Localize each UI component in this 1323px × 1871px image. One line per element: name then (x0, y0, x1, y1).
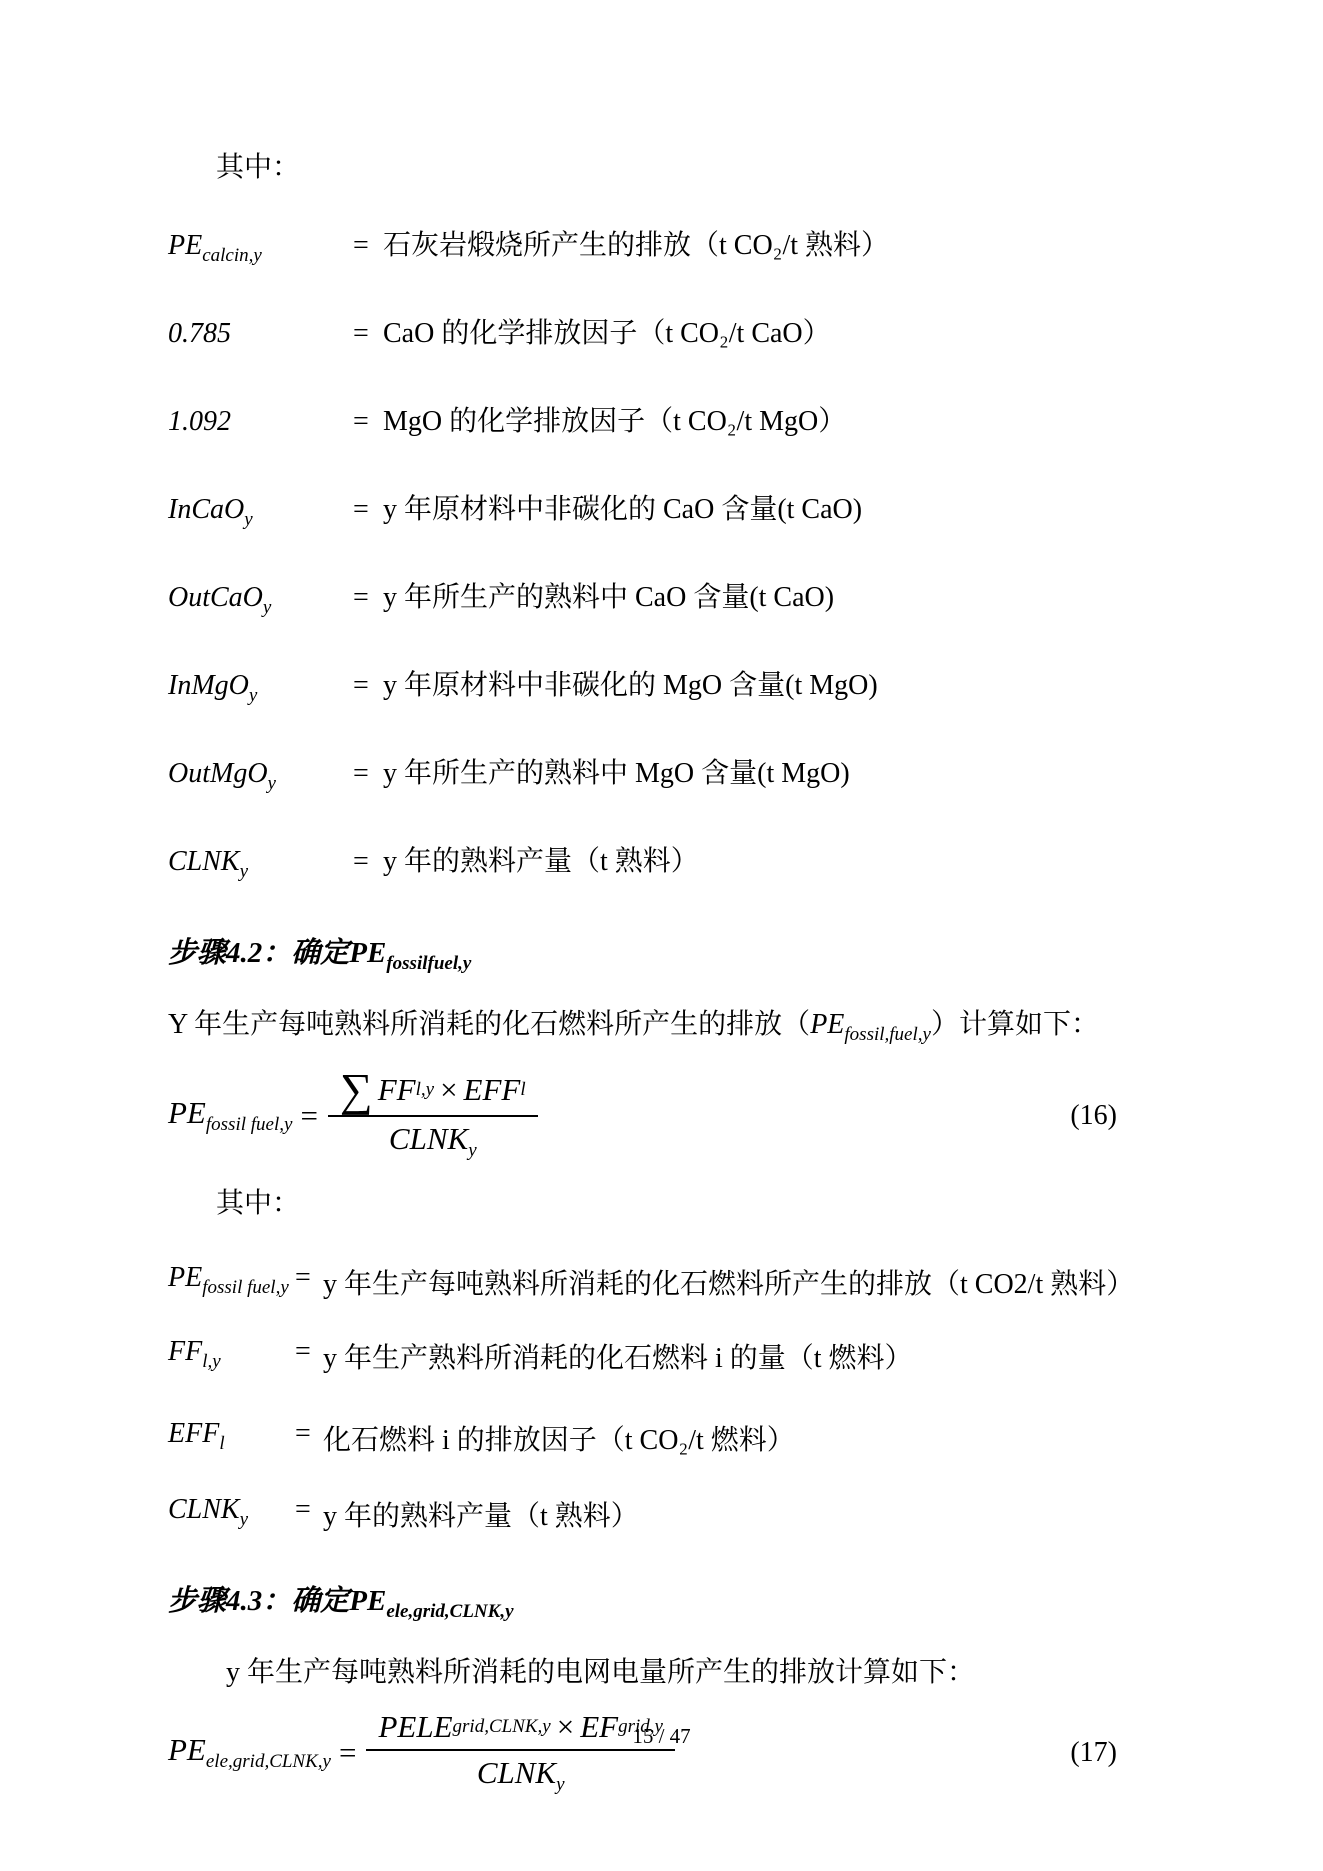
variable-term: PEfossil fuel,y (168, 1262, 295, 1304)
document-page: 其中： PEcalcin,y = 石灰岩煅烧所产生的排放（t CO₂/t 熟料）… (0, 152, 1323, 1796)
definition-row-inmgo: InMgOy = y 年原材料中非碳化的 MgO 含量(t MgO) (168, 670, 1163, 712)
variable-term: FFl,y (168, 1336, 295, 1378)
variable-description: 石灰岩煅烧所产生的排放（t CO₂/t 熟料） (383, 230, 1163, 262)
variable-description: y 年原材料中非碳化的 CaO 含量(t CaO) (383, 494, 1163, 526)
variable-description: y 年生产熟料所消耗的化石燃料 i 的量（t 燃料） (323, 1336, 1163, 1382)
equals-sign: = (353, 582, 383, 614)
variable-term: EFFl (168, 1418, 295, 1460)
equation-16-lhs: PEfossil fuel,y (168, 1095, 292, 1136)
page-number: 15 / 47 (0, 1724, 1323, 1748)
variable-description: y 年的熟料产量（t 熟料） (323, 1494, 1163, 1540)
equation-16-denominator: CLNKy (389, 1117, 477, 1162)
variable-term: 0.785 (168, 318, 353, 360)
definition-row-0785: 0.785 = CaO 的化学排放因子（t CO₂/t CaO） (168, 318, 1163, 360)
equation-17-denominator: CLNKy (477, 1751, 565, 1796)
variable-term: InCaOy (168, 494, 353, 536)
variable-description: y 年所生产的熟料中 CaO 含量(t CaO) (383, 582, 1163, 614)
equals-sign: = (353, 758, 383, 790)
definition-row-clnk-2: CLNKy = y 年的熟料产量（t 熟料） (168, 1494, 1163, 1540)
where-label-2: 其中： (168, 1188, 1163, 1220)
multiplication-sign: × (440, 1072, 457, 1108)
definition-row-1092: 1.092 = MgO 的化学排放因子（t CO₂/t MgO） (168, 406, 1163, 448)
equals-sign: = (353, 318, 383, 350)
equals-sign: = (353, 494, 383, 526)
variable-description: y 年的熟料产量（t 熟料） (383, 846, 1163, 878)
equals-sign: = (353, 406, 383, 438)
variable-term: OutCaOy (168, 582, 353, 624)
equation-17-fraction: PELEgrid,CLNK,y × EFgrid,y CLNKy (366, 1709, 674, 1796)
step-4-2-intro: Y 年生产每吨熟料所消耗的化石燃料所产生的排放（PEfossil,fuel,y）… (168, 1007, 1163, 1053)
equals-sign: = (353, 230, 383, 262)
step-4-3-heading: 步骤4.3：确定PEele,grid,CLNK,y (168, 1584, 1163, 1629)
definition-row-incao: InCaOy = y 年原材料中非碳化的 CaO 含量(t CaO) (168, 494, 1163, 536)
equals-sign: = (295, 1262, 323, 1294)
variable-term: CLNKy (168, 1494, 295, 1536)
definition-row-ff: FFl,y = y 年生产熟料所消耗的化石燃料 i 的量（t 燃料） (168, 1336, 1163, 1382)
variable-description: CaO 的化学排放因子（t CO₂/t CaO） (383, 318, 1163, 350)
sigma-symbol: ∑ (340, 1069, 373, 1111)
definition-row-pe-fossilfuel: PEfossil fuel,y = y 年生产每吨熟料所消耗的化石燃料所产生的排… (168, 1262, 1163, 1308)
equals-sign: = (295, 1336, 323, 1368)
definition-row-eff: EFFl = 化石燃料 i 的排放因子（t CO₂/t 燃料） (168, 1418, 1163, 1464)
equals-sign: = (353, 670, 383, 702)
variable-description: y 年所生产的熟料中 MgO 含量(t MgO) (383, 758, 1163, 790)
equation-16-numerator: ∑ FFl,y × EFFl (328, 1069, 538, 1117)
step-4-3-intro: y 年生产每吨熟料所消耗的电网电量所产生的排放计算如下： (168, 1655, 1163, 1691)
variable-description: y 年生产每吨熟料所消耗的化石燃料所产生的排放（t CO2/t 熟料） (323, 1262, 1163, 1308)
equals-sign: = (295, 1494, 323, 1526)
definition-row-outcao: OutCaOy = y 年所生产的熟料中 CaO 含量(t CaO) (168, 582, 1163, 624)
equation-16-number: (16) (1070, 1100, 1117, 1132)
definition-row-outmgo: OutMgOy = y 年所生产的熟料中 MgO 含量(t MgO) (168, 758, 1163, 800)
variable-term: OutMgOy (168, 758, 353, 800)
equals-sign: = (353, 846, 383, 878)
equation-17: PEele,grid,CLNK,y = PELEgrid,CLNK,y × EF… (168, 1709, 1163, 1796)
variable-term: InMgOy (168, 670, 353, 712)
variable-term: CLNKy (168, 846, 353, 888)
variable-term: 1.092 (168, 406, 353, 448)
equation-16-fraction: ∑ FFl,y × EFFl CLNKy (328, 1069, 538, 1162)
where-label-1: 其中： (168, 152, 1163, 184)
definition-row-pe-calcin: PEcalcin,y = 石灰岩煅烧所产生的排放（t CO₂/t 熟料） (168, 230, 1163, 272)
definition-row-clnk-1: CLNKy = y 年的熟料产量（t 熟料） (168, 846, 1163, 888)
variable-description: 化石燃料 i 的排放因子（t CO₂/t 燃料） (323, 1418, 1163, 1464)
step-4-2-heading: 步骤4.2：确定PEfossilfuel,y (168, 936, 1163, 981)
variable-description: y 年原材料中非碳化的 MgO 含量(t MgO) (383, 670, 1163, 702)
equals-sign: = (300, 1098, 317, 1134)
variable-term: PEcalcin,y (168, 230, 353, 272)
equation-16: PEfossil fuel,y = ∑ FFl,y × EFFl CLNKy (… (168, 1069, 1163, 1162)
equals-sign: = (295, 1418, 323, 1450)
variable-description: MgO 的化学排放因子（t CO₂/t MgO） (383, 406, 1163, 438)
